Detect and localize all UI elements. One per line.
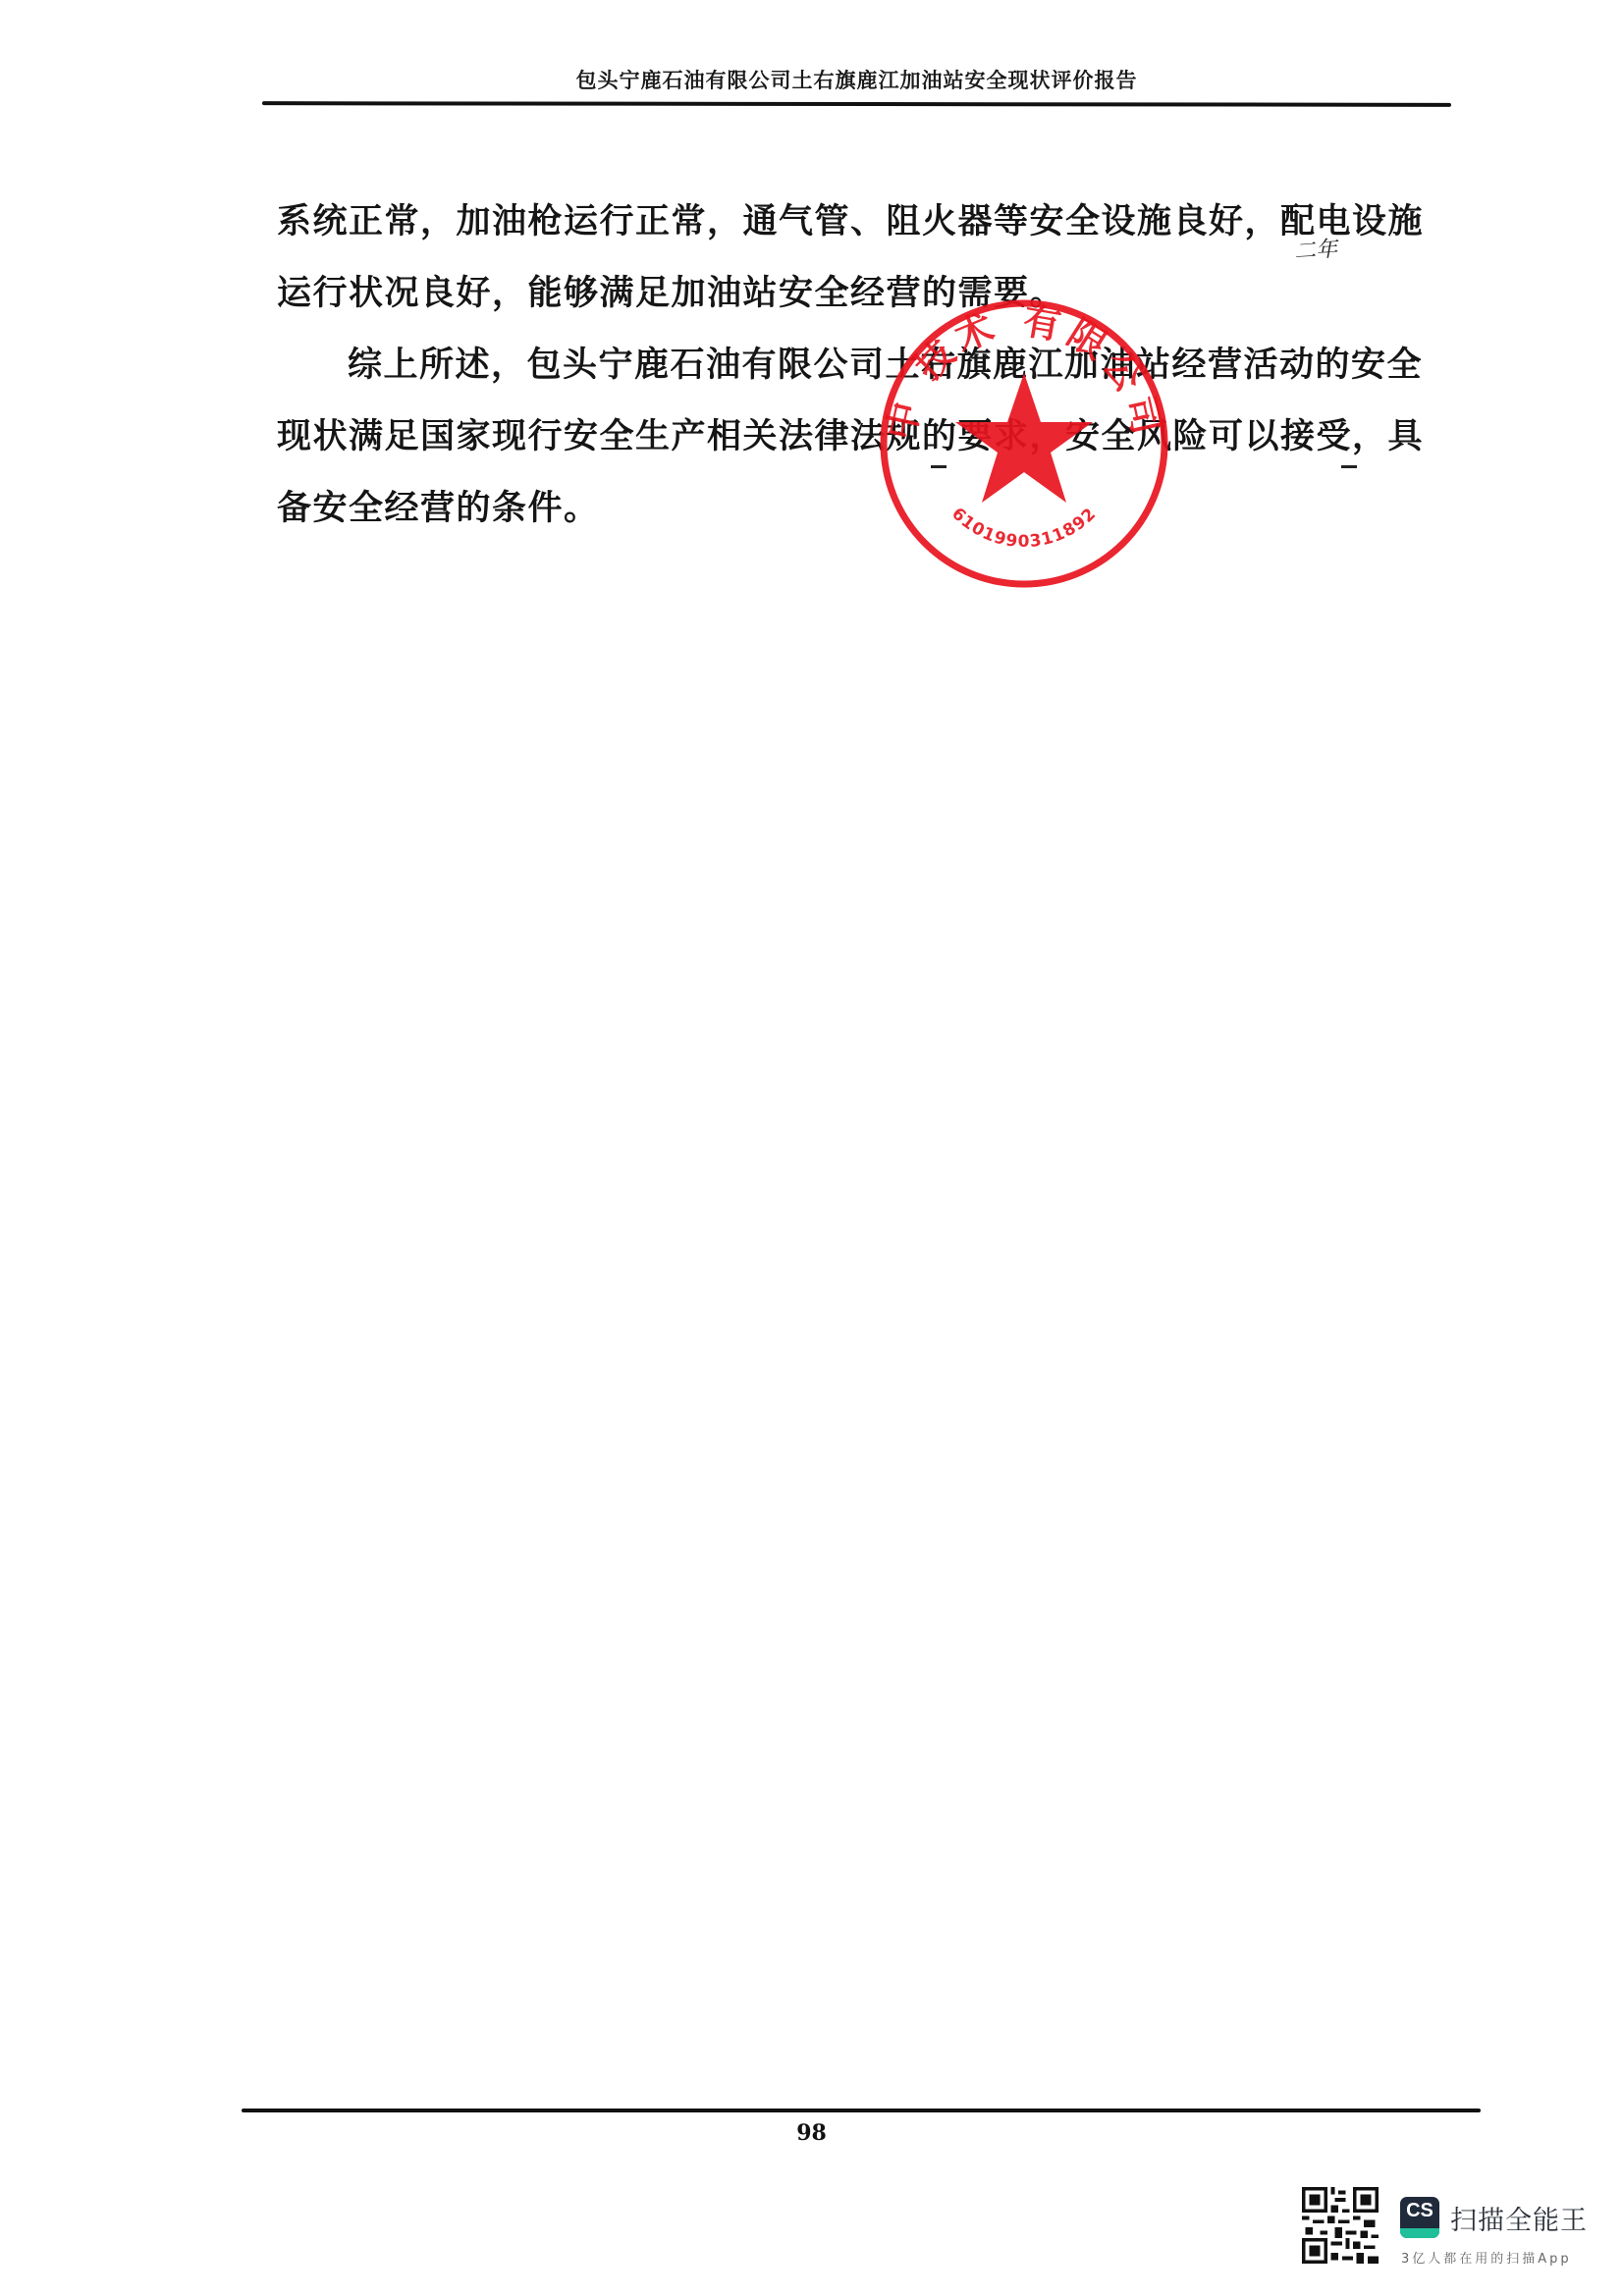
running-header: 包头宁鹿石油有限公司土右旗鹿江加油站安全现状评价报告 — [262, 65, 1451, 94]
qr-code-icon — [1302, 2187, 1379, 2264]
header-rule — [262, 101, 1451, 107]
handwritten-mark — [1341, 465, 1357, 468]
document-page: 包头宁鹿石油有限公司土右旗鹿江加油站安全现状评价报告 系统正常，加油枪运行正常，… — [0, 0, 1623, 2296]
brand-name: 扫描全能王 — [1450, 2199, 1588, 2237]
page-number: 98 — [0, 2120, 1623, 2146]
paragraph-1: 系统正常，加油枪运行正常，通气管、阻火器等安全设施良好，配电设施运行状况良好，能… — [277, 187, 1426, 330]
handwritten-annotation: 二年 — [1293, 233, 1338, 266]
body-text: 系统正常，加油枪运行正常，通气管、阻火器等安全设施良好，配电设施运行状况良好，能… — [277, 187, 1426, 545]
brand-tagline: 3亿人都在用的扫描App — [1401, 2248, 1572, 2267]
handwritten-mark — [931, 465, 947, 468]
scanner-watermark: CS 扫描全能王 3亿人都在用的扫描App — [1302, 2187, 1616, 2275]
paragraph-2: 综上所述，包头宁鹿石油有限公司土右旗鹿江加油站经营活动的安全现状满足国家现行安全… — [277, 330, 1426, 545]
camscanner-logo-icon: CS — [1400, 2197, 1439, 2238]
footer-rule — [242, 2109, 1481, 2112]
